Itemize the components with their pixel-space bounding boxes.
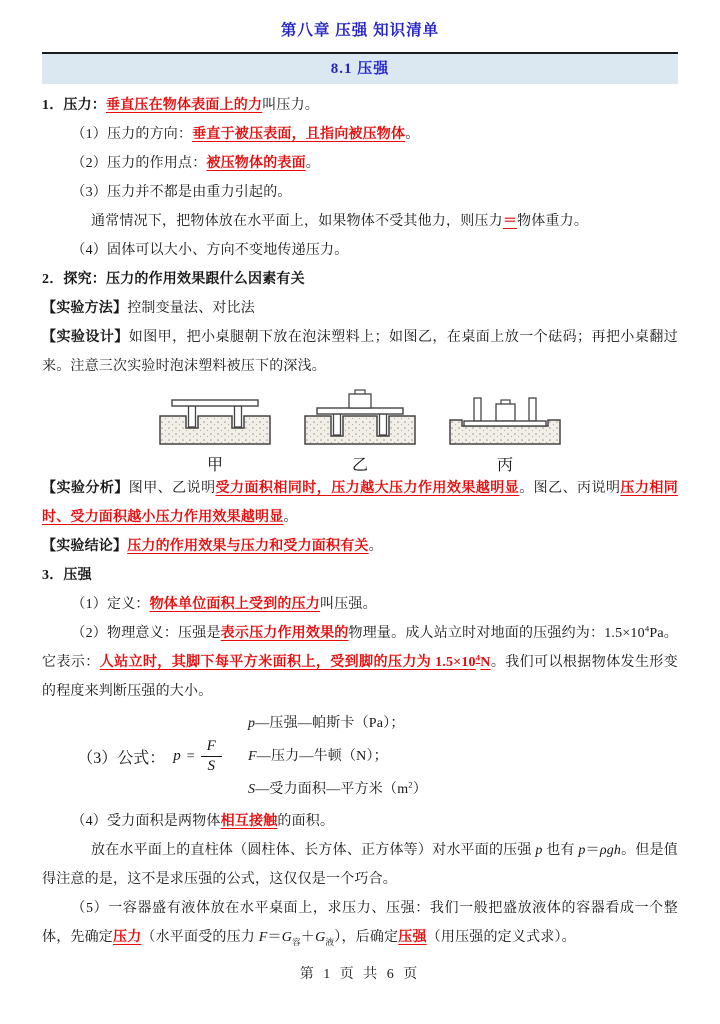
text-run: （用压强的定义式求）。 xyxy=(427,930,576,945)
text-run: p xyxy=(535,843,542,858)
text-run: ρgh xyxy=(600,843,621,858)
paragraph-pressure-definition: 1．压力：垂直压在物体表面上的力叫压力。 xyxy=(42,91,678,120)
text-run: 【实验设计】 xyxy=(42,330,129,345)
text-run: 垂直于被压表面，且指向被压物体 xyxy=(192,127,405,142)
text-run: 压力的作用效果与压力和受力面积有关 xyxy=(127,539,368,554)
text-run: G xyxy=(282,930,292,945)
formula-left: （3）公式： p = F S xyxy=(42,737,248,776)
weight-body xyxy=(349,394,371,408)
text-run: 。 xyxy=(306,156,320,171)
experiment-figure-svg: 甲 乙 丙 xyxy=(140,386,580,472)
text-run: ） xyxy=(413,782,427,797)
text-run: 图甲、乙说明 xyxy=(129,481,216,496)
pressure-formula-block: （3）公式： p = F S p—压强—帕斯卡（Pa）； F—压力—牛顿（N）；… xyxy=(42,707,678,806)
text-run: 2．探究：压力的作用效果跟什么因素有关 xyxy=(42,272,305,287)
text-run: 。 xyxy=(405,127,419,142)
text-run: N xyxy=(480,655,490,670)
table-top xyxy=(317,408,403,414)
doc-title: 第八章 压强 知识清单 xyxy=(42,18,678,40)
paragraph-experiment-conclusion: 【实验结论】压力的作用效果与压力和受力面积有关。 xyxy=(42,532,678,561)
text-run: ＋ xyxy=(301,930,315,945)
paragraph-prism-note: 放在水平面上的直柱体（圆柱体、长方体、正方体等）对水平面的压强 p 也有 p＝ρ… xyxy=(42,836,678,894)
paragraph-pressure-gravity: （3）压力并不都是由重力引起的。 xyxy=(42,178,678,207)
table-top-inverted xyxy=(464,421,546,426)
text-run: p xyxy=(578,843,585,858)
formula-note-S: S—受力面积—平方米（m2） xyxy=(248,773,678,806)
text-run: 也有 xyxy=(543,843,579,858)
text-run: 通常情况下，把物体放在水平面上，如果物体不受其他力，则压力 xyxy=(91,214,503,229)
text-run: 1．压力： xyxy=(42,98,106,113)
text-run: 人站立时，其脚下每平方米面积上，受到脚的压力为 1.5×10 xyxy=(100,655,476,670)
text-run: （水平面受的压力 xyxy=(141,930,258,945)
text-run: G xyxy=(315,930,325,945)
text-run: （2）压力的作用点： xyxy=(71,156,206,171)
section-header-bar: 8.1 压强 xyxy=(42,52,678,84)
formula-notes: p—压强—帕斯卡（Pa）； F—压力—牛顿（N）； S—受力面积—平方米（m2） xyxy=(248,707,678,806)
text-run: 压力 xyxy=(113,930,141,945)
figure-label-bing: 丙 xyxy=(497,456,513,472)
paragraph-physical-meaning: （2）物理意义：压强是表示压力作用效果的物理量。成人站立时对地面的压强约为：1.… xyxy=(42,619,678,706)
text-run: 物理量。成人站立时对地面的压强约为：1.5×10 xyxy=(349,626,645,641)
formula-label: （3）公式： xyxy=(77,745,165,768)
table-top xyxy=(172,400,258,406)
paragraph-container-liquid: （5）一容器盛有液体放在水平桌面上，求压力、压强：我们一般把盛放液体的容器看成一… xyxy=(42,894,678,952)
text-run: 表示压力作用效果的 xyxy=(221,626,349,641)
text-run: 容 xyxy=(292,937,301,947)
text-run: 控制变量法、对比法 xyxy=(127,301,255,316)
paragraph-solid-transfer: （4）固体可以大小、方向不变地传递压力。 xyxy=(42,236,678,265)
paragraph-pressure-heading: 3．压强 xyxy=(42,561,678,590)
text-run: 受力面积相同时，压力越大压力作用效果越明显 xyxy=(216,481,520,496)
text-run: 液 xyxy=(325,937,334,947)
figure-jia-table-legs-down: 甲 xyxy=(160,400,270,472)
table-leg-up xyxy=(529,398,536,421)
text-run: —压强—帕斯卡（Pa）； xyxy=(255,716,404,731)
pressure-formula: p = F S xyxy=(173,737,222,776)
figure-bing-table-flipped: 丙 xyxy=(450,398,560,472)
text-run: 3．压强 xyxy=(42,568,92,583)
formula-denominator: S xyxy=(207,757,215,776)
text-run: ＝ xyxy=(267,930,281,945)
table-leg-up xyxy=(474,398,481,421)
figure-label-jia: 甲 xyxy=(207,456,223,472)
foam-block xyxy=(305,416,415,444)
table-leg xyxy=(380,414,387,435)
paragraph-pressure-point: （2）压力的作用点：被压物体的表面。 xyxy=(42,149,678,178)
text-run: 。 xyxy=(369,539,383,554)
paragraph-experiment-analysis: 【实验分析】图甲、乙说明受力面积相同时，压力越大压力作用效果越明显。图乙、丙说明… xyxy=(42,474,678,532)
text-run: 被压物体的表面 xyxy=(206,156,305,171)
text-run: （1）压力的方向： xyxy=(71,127,192,142)
text-run: ＝ xyxy=(586,843,600,858)
page-footer: 第 1 页 共 6 页 xyxy=(0,963,720,983)
paragraph-pressure-equals-weight: 通常情况下，把物体放在水平面上，如果物体不受其他力，则压力＝物体重力。 xyxy=(42,207,678,236)
text-run: —压力—牛顿（N）； xyxy=(257,749,388,764)
foam-block xyxy=(160,416,270,444)
formula-equals: = xyxy=(187,749,195,765)
paragraph-experiment-method: 【实验方法】控制变量法、对比法 xyxy=(42,294,678,323)
paragraph-pressure-def: （1）定义：物体单位面积上受到的压力叫压强。 xyxy=(42,590,678,619)
weight-body xyxy=(496,404,515,421)
paragraph-contact-area: （4）受力面积是两物体相互接触的面积。 xyxy=(42,807,678,836)
text-run: 放在水平面上的直柱体（圆柱体、长方体、正方体等）对水平面的压强 xyxy=(91,843,535,858)
experiment-figure: 甲 乙 丙 xyxy=(42,386,678,472)
formula-fraction: F S xyxy=(201,737,222,776)
text-run: 垂直压在物体表面上的力 xyxy=(106,98,262,113)
text-run: 的面积。 xyxy=(277,814,334,829)
text-run: （4）受力面积是两物体 xyxy=(71,814,220,829)
text-run: 叫压强。 xyxy=(320,597,377,612)
paragraph-pressure-direction: （1）压力的方向：垂直于被压表面，且指向被压物体。 xyxy=(42,120,678,149)
table-leg xyxy=(334,414,341,435)
table-leg xyxy=(189,406,196,427)
text-run: —受力面积—平方米（m xyxy=(255,782,408,797)
text-run: ＝ xyxy=(503,214,517,229)
text-run: 物体单位面积上受到的压力 xyxy=(150,597,320,612)
text-run: （3）压力并不都是由重力引起的。 xyxy=(71,185,291,200)
formula-note-F: F—压力—牛顿（N）； xyxy=(248,740,678,773)
paragraph-explore-heading: 2．探究：压力的作用效果跟什么因素有关 xyxy=(42,265,678,294)
text-run: （4）固体可以大小、方向不变地传递压力。 xyxy=(71,243,348,258)
text-run: 。 xyxy=(283,510,297,525)
document-page: 第八章 压强 知识清单 8.1 压强 1．压力：垂直压在物体表面上的力叫压力。 … xyxy=(0,0,720,1024)
table-leg xyxy=(235,406,242,427)
figure-label-yi: 乙 xyxy=(352,457,368,472)
text-run: 。图乙、丙说明 xyxy=(519,481,620,496)
text-run: 压强 xyxy=(398,930,426,945)
text-run: ），后确定 xyxy=(334,930,398,945)
figure-yi-table-with-weight: 乙 xyxy=(305,390,415,472)
text-run: F xyxy=(248,749,257,764)
text-run: （1）定义： xyxy=(71,597,149,612)
formula-note-p: p—压强—帕斯卡（Pa）； xyxy=(248,707,678,740)
text-run: （2）物理意义：压强是 xyxy=(71,626,220,641)
text-run: 如图甲，把小桌腿朝下放在泡沫塑料上；如图乙，在桌面上放一个砝码；再把小桌翻过来。… xyxy=(42,330,678,374)
section-title: 8.1 压强 xyxy=(331,61,390,77)
text-run: 相互接触 xyxy=(221,814,278,829)
formula-numerator: F xyxy=(201,737,222,757)
paragraph-experiment-design: 【实验设计】如图甲，把小桌腿朝下放在泡沫塑料上；如图乙，在桌面上放一个砝码；再把… xyxy=(42,323,678,381)
text-run: 物体重力。 xyxy=(517,214,588,229)
text-run: 【实验方法】 xyxy=(42,301,127,316)
text-run: 叫压力。 xyxy=(262,98,319,113)
formula-lhs: p xyxy=(173,748,181,765)
text-run: 【实验结论】 xyxy=(42,539,127,554)
text-run: 【实验分析】 xyxy=(42,481,129,496)
